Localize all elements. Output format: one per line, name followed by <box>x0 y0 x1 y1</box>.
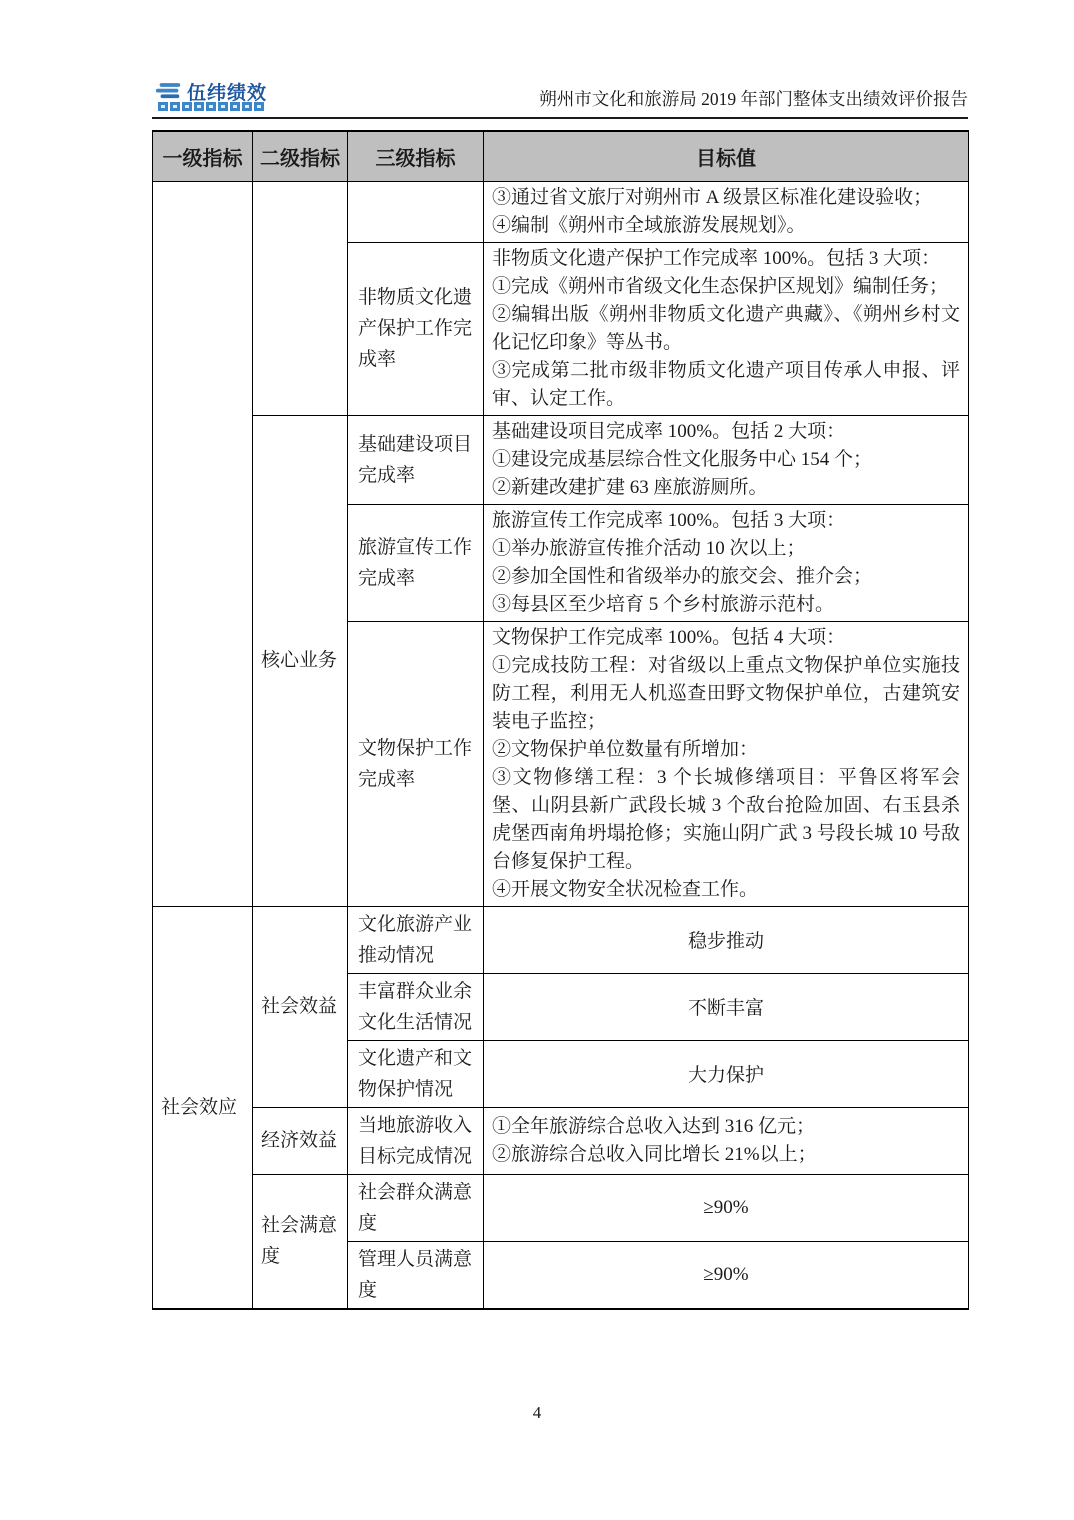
level3-cell-public-satisfaction: 社会群众满意度 <box>348 1174 484 1241</box>
level3-cell-empty <box>348 181 484 242</box>
target-cell: 稳步推动 <box>484 906 969 973</box>
table-row: 社会效应 社会效益 文化旅游产业推动情况 稳步推动 <box>153 906 969 973</box>
column-header-level3: 三级指标 <box>348 131 484 181</box>
table-row: 核心业务 基础建设项目完成率 基础建设项目完成率 100%。包括 2 大项： ①… <box>153 415 969 504</box>
brand-decoration-strip <box>158 102 264 111</box>
table-row: 经济效益 当地旅游收入目标完成情况 ①全年旅游综合总收入达到 316 亿元； ②… <box>153 1107 969 1174</box>
target-line: ③通过省文旅厅对朔州市 A 级景区标准化建设验收； <box>492 184 960 212</box>
document-page: 伍纬绩效 朔州市文化和旅游局 2019 年部门整体支出绩效评价报告 一级指标 二… <box>0 0 1074 1520</box>
level2-cell-economic-benefit: 经济效益 <box>253 1107 348 1174</box>
level1-cell-social-response: 社会效应 <box>153 906 253 1309</box>
level2-cell-social-benefit: 社会效益 <box>253 906 348 1107</box>
level3-cell-tourism-revenue: 当地旅游收入目标完成情况 <box>348 1107 484 1174</box>
target-line: ②参加全国性和省级举办的旅交会、推介会； <box>492 563 960 591</box>
target-line: 旅游宣传工作完成率 100%。包括 3 大项： <box>492 507 960 535</box>
level3-cell-cultural-life: 丰富群众业余文化生活情况 <box>348 973 484 1040</box>
level3-cell-staff-satisfaction: 管理人员满意度 <box>348 1241 484 1309</box>
level3-cell-intangible-heritage: 非物质文化遗产保护工作完成率 <box>348 242 484 415</box>
level3-cell-heritage-protection: 文化遗产和文物保护情况 <box>348 1040 484 1107</box>
level2-cell-empty <box>253 181 348 415</box>
target-line: ③文物修缮工程：3 个长城修缮项目：平鲁区将军会堡、山阴县新广武段长城 3 个敌… <box>492 764 960 876</box>
table-header-row: 一级指标 二级指标 三级指标 目标值 <box>153 131 969 181</box>
level2-cell-core-business: 核心业务 <box>253 415 348 906</box>
target-cell: ≥90% <box>484 1174 969 1241</box>
column-header-level1: 一级指标 <box>153 131 253 181</box>
brand-logo-icon <box>154 81 184 102</box>
indicator-table: 一级指标 二级指标 三级指标 目标值 ③通过省文旅厅对朔州市 A 级景区标准化建… <box>152 130 969 1310</box>
target-line: ①全年旅游综合总收入达到 316 亿元； <box>492 1113 960 1141</box>
level3-cell-industry-promotion: 文化旅游产业推动情况 <box>348 906 484 973</box>
target-cell: 旅游宣传工作完成率 100%。包括 3 大项： ①举办旅游宣传推介活动 10 次… <box>484 504 969 621</box>
report-title: 朔州市文化和旅游局 2019 年部门整体支出绩效评价报告 <box>539 86 968 111</box>
target-line: ④开展文物安全状况检查工作。 <box>492 876 960 904</box>
target-line: ②新建改建扩建 63 座旅游厕所。 <box>492 474 960 502</box>
brand-name: 伍纬绩效 <box>187 78 267 105</box>
target-line: ②文物保护单位数量有所增加： <box>492 736 960 764</box>
column-header-level2: 二级指标 <box>253 131 348 181</box>
level3-cell-relic-protection: 文物保护工作完成率 <box>348 621 484 906</box>
target-cell: 不断丰富 <box>484 973 969 1040</box>
target-cell: 基础建设项目完成率 100%。包括 2 大项： ①建设完成基层综合性文化服务中心… <box>484 415 969 504</box>
target-line: ②编辑出版《朔州非物质文化遗产典藏》、《朔州乡村文化记忆印象》等丛书。 <box>492 301 960 357</box>
target-cell: ≥90% <box>484 1241 969 1309</box>
target-line: 基础建设项目完成率 100%。包括 2 大项： <box>492 418 960 446</box>
target-line: ③完成第二批市级非物质文化遗产项目传承人申报、评审、认定工作。 <box>492 357 960 413</box>
level1-cell-empty <box>153 181 253 906</box>
table-row: 社会满意度 社会群众满意度 ≥90% <box>153 1174 969 1241</box>
target-line: ①完成技防工程：对省级以上重点文物保护单位实施技防工程，利用无人机巡查田野文物保… <box>492 652 960 736</box>
level3-cell-tourism-promotion: 旅游宣传工作完成率 <box>348 504 484 621</box>
target-line: 文物保护工作完成率 100%。包括 4 大项： <box>492 624 960 652</box>
target-line: ①完成《朔州市省级文化生态保护区规划》编制任务； <box>492 273 960 301</box>
level2-cell-satisfaction: 社会满意度 <box>253 1174 348 1309</box>
target-line: ①举办旅游宣传推介活动 10 次以上； <box>492 535 960 563</box>
target-cell: ①全年旅游综合总收入达到 316 亿元； ②旅游综合总收入同比增长 21%以上； <box>484 1107 969 1174</box>
target-cell: 大力保护 <box>484 1040 969 1107</box>
target-line: ①建设完成基层综合性文化服务中心 154 个； <box>492 446 960 474</box>
target-cell: 文物保护工作完成率 100%。包括 4 大项： ①完成技防工程：对省级以上重点文… <box>484 621 969 906</box>
target-line: 非物质文化遗产保护工作完成率 100%。包括 3 大项： <box>492 245 960 273</box>
target-line: ③每县区至少培育 5 个乡村旅游示范村。 <box>492 591 960 619</box>
table-row: ③通过省文旅厅对朔州市 A 级景区标准化建设验收； ④编制《朔州市全域旅游发展规… <box>153 181 969 242</box>
target-line: ②旅游综合总收入同比增长 21%以上； <box>492 1141 960 1169</box>
page-number: 4 <box>0 1403 1074 1423</box>
column-header-target: 目标值 <box>484 131 969 181</box>
target-cell: ③通过省文旅厅对朔州市 A 级景区标准化建设验收； ④编制《朔州市全域旅游发展规… <box>484 181 969 242</box>
brand-logo: 伍纬绩效 <box>154 78 267 105</box>
target-cell: 非物质文化遗产保护工作完成率 100%。包括 3 大项： ①完成《朔州市省级文化… <box>484 242 969 415</box>
page-header: 伍纬绩效 朔州市文化和旅游局 2019 年部门整体支出绩效评价报告 <box>152 78 968 119</box>
level3-cell-infrastructure: 基础建设项目完成率 <box>348 415 484 504</box>
target-line: ④编制《朔州市全域旅游发展规划》。 <box>492 212 960 240</box>
